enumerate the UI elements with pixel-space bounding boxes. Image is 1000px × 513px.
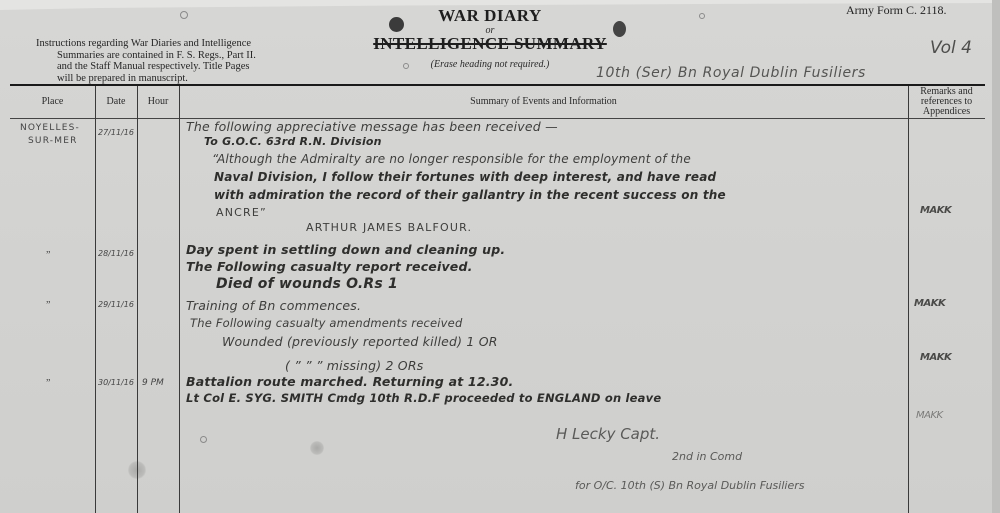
entry-line: To G.O.C. 63rd R.N. Division xyxy=(204,135,382,148)
entry-signatory: ARTHUR JAMES BALFOUR. xyxy=(306,221,472,234)
entry-place-ditto: ” xyxy=(46,300,50,311)
column-divider xyxy=(179,86,180,513)
entry-place-ditto: ” xyxy=(46,378,50,389)
instructions-line: and the Staff Manual respectively. Title… xyxy=(36,61,268,73)
army-form-number: Army Form C. 2118. xyxy=(846,3,947,18)
entry-remark: MAKK xyxy=(916,410,943,421)
entry-line: Battalion route marched. Returning at 12… xyxy=(186,374,513,389)
punch-hole-right xyxy=(613,21,626,37)
erase-note: (Erase heading not required.) xyxy=(370,59,610,70)
entry-line: ANCRE” xyxy=(216,206,267,219)
column-divider xyxy=(95,86,96,513)
signature-for: for O/C. 10th (S) Bn Royal Dublin Fusili… xyxy=(575,479,804,492)
paper-ring-mark xyxy=(699,13,705,19)
entry-line: Naval Division, I follow their fortunes … xyxy=(214,170,716,184)
unit-name: 10th (Ser) Bn Royal Dublin Fusiliers xyxy=(596,65,866,81)
column-header-summary: Summary of Events and Information xyxy=(179,86,908,118)
paper-stain xyxy=(310,441,324,455)
entry-line: “Although the Admiralty are no longer re… xyxy=(212,152,691,166)
entry-line: Died of wounds O.Rs 1 xyxy=(216,276,398,292)
instructions-line: Summaries are contained in F. S. Regs., … xyxy=(36,50,268,62)
entry-line: The following appreciative message has b… xyxy=(186,119,558,134)
entry-place-ditto: ” xyxy=(46,250,50,261)
entry-hour: 9 PM xyxy=(142,378,164,388)
table-header: Place Date Hour Summary of Events and In… xyxy=(10,86,985,118)
entry-line: with admiration the record of their gall… xyxy=(214,188,726,202)
signature-name: H Lecky Capt. xyxy=(556,425,660,443)
volume-number: Vol 4 xyxy=(930,38,972,58)
entry-date: 30/11/16 xyxy=(98,378,134,387)
remarks-header-line: Appendices xyxy=(923,107,970,117)
entry-place: SUR-MER xyxy=(28,136,78,146)
paper-ring-mark xyxy=(180,11,188,19)
entry-place: NOYELLES- xyxy=(20,123,80,133)
column-divider xyxy=(908,86,909,513)
entry-date: 27/11/16 xyxy=(98,128,134,137)
paper-right-edge xyxy=(992,0,1000,513)
entry-line: The Following casualty report received. xyxy=(186,259,473,274)
instructions-line: Instructions regarding War Diaries and I… xyxy=(36,38,268,50)
column-header-remarks: Remarks and references to Appendices xyxy=(908,86,985,118)
entry-line: Wounded (previously reported killed) 1 O… xyxy=(222,334,498,349)
column-header-hour: Hour xyxy=(137,86,179,118)
column-divider xyxy=(137,86,138,513)
title-intelligence-summary-struck: INTELLIGENCE SUMMARY xyxy=(370,34,610,54)
entry-line: Training of Bn commences. xyxy=(186,298,361,313)
entry-remark: MAKK xyxy=(920,205,951,216)
entry-line: Lt Col E. SYG. SMITH Cmdg 10th R.D.F pro… xyxy=(186,391,661,405)
entry-date: 29/11/16 xyxy=(98,300,134,309)
entry-remark: MAKK xyxy=(920,352,951,363)
column-header-date: Date xyxy=(95,86,137,118)
war-diary-page: Instructions regarding War Diaries and I… xyxy=(0,0,1000,513)
entry-line: The Following casualty amendments receiv… xyxy=(190,316,462,330)
entry-date: 28/11/16 xyxy=(98,249,134,258)
signature-role: 2nd in Comd xyxy=(672,450,742,463)
instructions-text: Instructions regarding War Diaries and I… xyxy=(36,38,268,84)
column-header-place: Place xyxy=(10,86,95,118)
entry-remark: MAKK xyxy=(914,298,945,309)
paper-ring-mark xyxy=(200,436,207,443)
form-title: WAR DIARY or INTELLIGENCE SUMMARY (Erase… xyxy=(370,6,610,70)
title-war-diary: WAR DIARY xyxy=(370,6,610,26)
entry-line: Day spent in settling down and cleaning … xyxy=(186,242,505,257)
instructions-line: will be prepared in manuscript. xyxy=(36,73,268,85)
entry-line: ( ” ” ” missing) 2 ORs xyxy=(285,358,423,373)
